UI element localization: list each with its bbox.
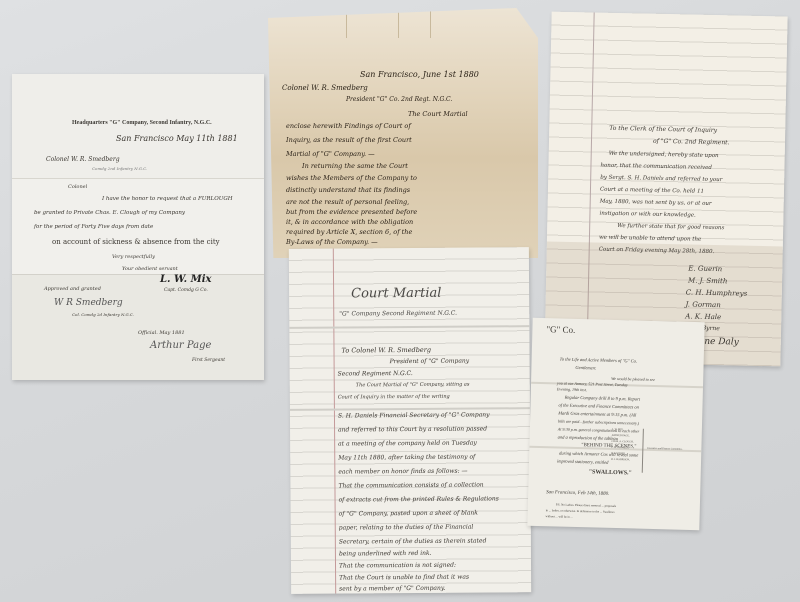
endorsement-title: First Sergeant (192, 358, 225, 363)
place-date: San Francisco, June 1st 1880 (360, 70, 479, 79)
heading: To the Clerk of the Court of Inquiry (609, 125, 717, 134)
committee-member: CHAS. A. CLOUGH, (612, 440, 634, 444)
endorsement-signature: Arthur Page (150, 340, 211, 351)
sheet-line: That the communication consists of a col… (338, 481, 483, 489)
invitation-line: Regular Company drill 8 to 9 p.m. Report (565, 395, 640, 402)
signature: A. K. Hale (685, 312, 721, 321)
sheet-line: Secretary, certain of the duties as ther… (339, 537, 487, 545)
sheet-line: of "G" Company, pasted upon a sheet of b… (339, 510, 478, 518)
body-line: for the period of Forty Five days from d… (34, 224, 153, 230)
furlough-request-letter: Headquarters "G" Company, Second Infantr… (12, 74, 264, 380)
letterhead: Headquarters "G" Company, Second Infantr… (72, 120, 212, 126)
sheet-line: and referred to this Court by a resoluti… (338, 425, 487, 433)
letter-line: required by Article X, section 6, of the (286, 228, 412, 236)
place-date: San Francisco, Feb 14th, 1880. (546, 490, 609, 497)
body-line: be granted to Private Chas. E. Clough of… (34, 210, 185, 216)
letter-line: wishes the Members of the Company to (286, 174, 417, 182)
sheet-subtitle: "G" Company Second Regiment N.G.C. (339, 310, 457, 318)
salutation: Gentlemen: (575, 365, 596, 371)
approval-text: Approved and granted (44, 286, 101, 292)
committee-member: B. J. WEBER, (611, 452, 626, 455)
invitation-line: Evening, 19th inst. (557, 386, 587, 392)
committee-member: C. H. DANIELS, (611, 446, 628, 449)
addressee: Colonel W. R. Smedberg (282, 84, 368, 92)
signature: L. W. Mix (160, 274, 211, 285)
postscript: in ... ladies, or otherwise. In deferenc… (546, 508, 615, 514)
letter-line: We further state that for good reasons (617, 223, 724, 231)
invitation-line: of the Executive and Finance Committees … (558, 402, 639, 409)
letter-line: are not the result of personal feeling, (286, 198, 409, 206)
addressee-title: President of "G" Company (390, 358, 470, 366)
postscript: P.S. No Ladies. Please direct removal ..… (556, 502, 616, 508)
sheet-line: That the communication is not signed: (339, 562, 456, 570)
body-line: I have the honor to request that a FURLO… (102, 196, 233, 202)
approval-title: Col. Comdg 2d Infantry N.G.C. (72, 312, 134, 317)
letter-line: we will be unable to attend upon the (599, 235, 701, 243)
letter-line: by Sergt. S. H. Daniels and referred to … (600, 175, 722, 184)
committee-member: L. W. MIX, (612, 428, 624, 431)
letter-line: but from the evidence presented before (286, 208, 417, 216)
approval-signature: W R Smedberg (54, 298, 123, 308)
endorsement-date: Official. May 1881 (138, 330, 185, 336)
invitation-line: bills are paid—further subscriptions unn… (558, 418, 639, 425)
sheet-line: each member on honor finds as follows: — (338, 468, 467, 476)
signature: J. Gorman (686, 300, 721, 309)
sheet-line: Court of Inquiry in the matter of the wr… (338, 394, 450, 401)
letter-line: distinctly understand that its findings (286, 186, 410, 194)
sheet-line: S. H. Daniels Financial Secretary of "G"… (338, 411, 490, 419)
signature: M. J. Smith (688, 276, 727, 285)
court-martial-ruled-sheet: Court Martial "G" Company Second Regimen… (289, 247, 531, 594)
court-martial-findings-letter: San Francisco, June 1st 1880 Colonel W. … (268, 8, 538, 258)
letter-line: In returning the same the Court (302, 162, 408, 170)
paper-crease (398, 8, 399, 38)
invitation-line: Mardi Gras entertainment at 9:15 p.m. (A… (558, 410, 636, 417)
letter-line: By-Laws of the Company. — (286, 238, 378, 246)
sheet-line: The Court Martial of "G" Company, sittin… (356, 382, 470, 389)
salutation: Colonel (68, 184, 87, 190)
invitation-line: At 9:30 p.m. general congratulations to … (558, 426, 640, 433)
invitation-line: improved stationery, entitled (557, 458, 609, 464)
letter-line: Inquiry, as the result of the first Cour… (286, 136, 412, 144)
place-date: San Francisco May 11th 1881 (116, 134, 238, 143)
paper-crease (430, 8, 431, 38)
paper-fold (289, 325, 529, 329)
addressee-title: Second Regiment N.G.C. (338, 370, 413, 378)
subheading: of "G" Co. 2nd Regiment. (653, 138, 730, 147)
clerk-court-of-inquiry-letter: To the Clerk of the Court of Inquiry of … (544, 12, 787, 367)
addressee-title: President "G" Co. 2nd Regt. N.G.C. (346, 96, 452, 103)
signature: C. H. Humphreys (686, 288, 748, 297)
sheet-line: paper, relating to the duties of the Fin… (339, 524, 474, 532)
letter-line: honor, that the communication received (600, 163, 712, 171)
closing: Your obedient servant (122, 266, 178, 272)
addressee-title: Comdg 2nd Infantry N.G.C. (92, 166, 147, 171)
paper-crease (346, 8, 347, 38)
greeting: To the Life and Active Members of "G" Co… (560, 357, 638, 364)
signature-title: Capt. Comdg G Co. (164, 288, 208, 293)
invitation-header: "G" Co. (546, 324, 575, 335)
addressee: Colonel W. R. Smedberg (46, 156, 120, 163)
letter-line: instigation or with our knowledge. (599, 211, 695, 219)
letter-line: it, & in accordance with the obligation (286, 218, 413, 226)
committee-member: H. J. HARRISON, (611, 458, 630, 461)
invitation-line: during which Armorer Cox will reveal som… (559, 451, 638, 458)
sheet-line: May 11th 1880, after taking the testimon… (338, 454, 475, 462)
sheet-line: That the Court is unable to find that it… (339, 574, 469, 582)
committee-member: ARTHUR PAGE, (612, 434, 630, 437)
addressee: To Colonel W. R. Smedberg (341, 346, 431, 355)
paper-fold (290, 407, 530, 411)
letter-line: Court at a meeting of the Co. held 11 (600, 187, 704, 195)
letter-line: The Court Martial (408, 110, 468, 118)
letter-line: enclose herewith Findings of Court of (286, 122, 411, 130)
ruled-margin (333, 249, 336, 594)
sheet-line: being underlined with red ink. (339, 550, 432, 558)
printed-invitation-card: "G" Co. To the Life and Active Members o… (527, 318, 704, 530)
body-line: on account of sickness & absence from th… (52, 238, 220, 246)
letter-line: May, 1880, was not sent by us, or at our (600, 199, 712, 207)
swallows-title: "SWALLOWS." (589, 469, 632, 476)
sheet-title: Court Martial (351, 286, 441, 302)
closing: Very respectfully (112, 254, 155, 260)
sheet-line: at a meeting of the company held on Tues… (338, 440, 477, 448)
sheet-line: sent by a member of "G" Company. (339, 585, 445, 593)
sheet-line: of extracts cut from the printed Rules &… (339, 495, 499, 503)
invitation-line: and a reproduction of the tableau (558, 434, 618, 441)
letter-line: We the undersigned, hereby state upon (609, 151, 719, 159)
signature: E. Guerin (688, 264, 722, 273)
letter-line: Martial of "G" Company. — (286, 150, 375, 158)
postscript: without ... will be in ... (546, 514, 573, 519)
